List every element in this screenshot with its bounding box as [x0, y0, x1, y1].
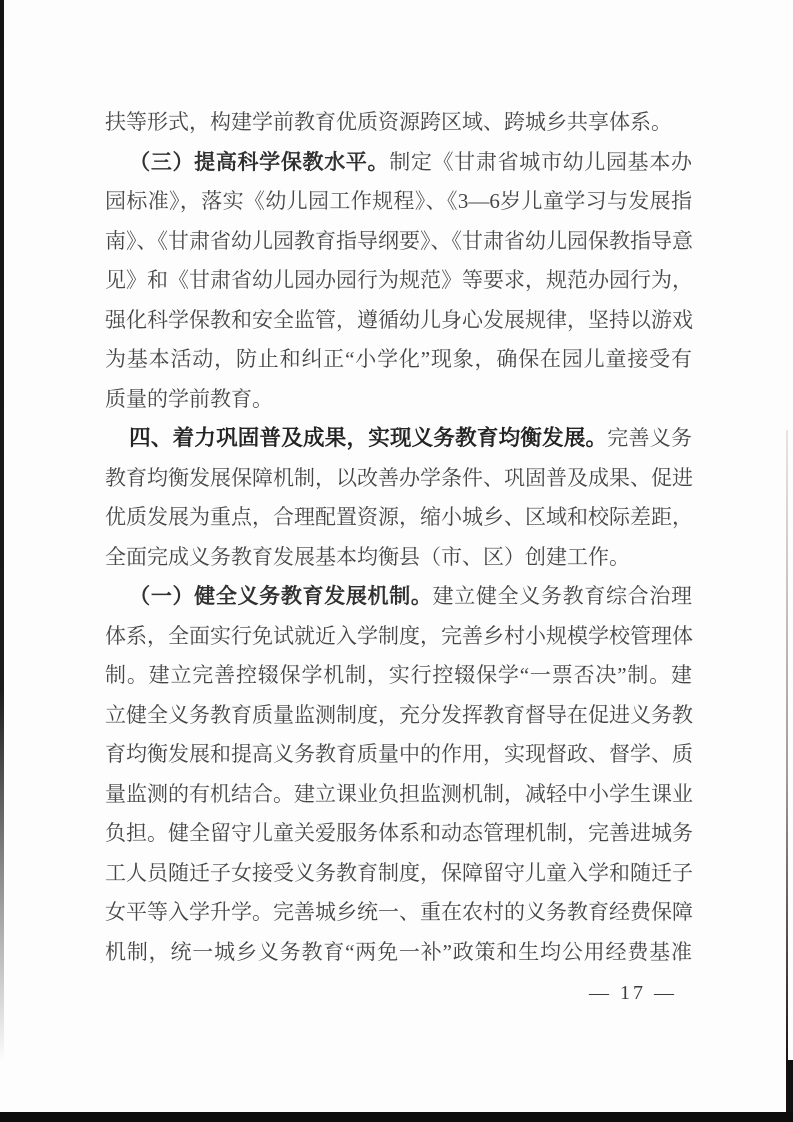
body-text: 体系，全面实行免试就近入学制度，完善乡村小规模学校管理体	[105, 624, 693, 648]
body-text: 工人员随迁子女接受义务教育制度，保障留守儿童入学和随迁子	[105, 861, 693, 885]
text-line: 质量的学前教育。	[105, 380, 692, 420]
body-text: 建立健全义务教育综合治理	[433, 584, 692, 608]
text-line: 立健全义务教育质量监测制度，充分发挥教育督导在促进义务教	[105, 696, 692, 736]
text-line: 教育均衡发展保障机制，以改善办学条件、巩固普及成果、促进	[105, 459, 692, 499]
scanned-document-page: 扶等形式，构建学前教育优质资源跨区域、跨城乡共享体系。（三）提高科学保教水平。制…	[0, 0, 793, 1122]
text-line: 见》和《甘肃省幼儿园办园行为规范》等要求，规范办园行为，	[105, 261, 692, 301]
paragraph: 四、着力巩固普及成果，实现义务教育均衡发展。完善义务教育均衡发展保障机制，以改善…	[105, 419, 692, 577]
body-text: 南》、《甘肃省幼儿园教育指导纲要》、《甘肃省幼儿园保教指导意	[105, 229, 693, 253]
body-text: 优质发展为重点，合理配置资源，缩小城乡、区域和校际差距，	[105, 505, 693, 529]
body-text: 强化科学保教和安全监管，遵循幼儿身心发展规律，坚持以游戏	[105, 308, 693, 332]
text-line: 四、着力巩固普及成果，实现义务教育均衡发展。完善义务	[105, 419, 692, 459]
body-text: 见》和《甘肃省幼儿园办园行为规范》等要求，规范办园行为，	[105, 268, 693, 292]
body-text: 制。建立完善控辍保学机制，实行控辍保学“一票否决”制。建	[105, 663, 692, 687]
scan-edge-left	[0, 0, 4, 1062]
text-line: 机制，统一城乡义务教育“两免一补”政策和生均公用经费基准	[105, 933, 692, 973]
paragraph: （三）提高科学保教水平。制定《甘肃省城市幼儿园基本办园标准》，落实《幼儿园工作规…	[105, 143, 692, 420]
text-line: 优质发展为重点，合理配置资源，缩小城乡、区域和校际差距，	[105, 498, 692, 538]
text-line: 园标准》，落实《幼儿园工作规程》、《3—6岁儿童学习与发展指	[105, 182, 692, 222]
text-line: （三）提高科学保教水平。制定《甘肃省城市幼儿园基本办	[105, 143, 692, 183]
body-text: 扶等形式，构建学前教育优质资源跨区域、跨城乡共享体系。	[105, 110, 672, 134]
body-text: 女平等入学升学。完善城乡统一、重在农村的义务教育经费保障	[105, 900, 693, 924]
text-line: 扶等形式，构建学前教育优质资源跨区域、跨城乡共享体系。	[105, 103, 692, 143]
scan-edge-bottom	[0, 1112, 793, 1122]
body-text: 育均衡发展和提高义务教育质量中的作用，实现督政、督学、质	[105, 742, 693, 766]
text-line: 南》、《甘肃省幼儿园教育指导纲要》、《甘肃省幼儿园保教指导意	[105, 222, 692, 262]
body-text: 量监测的有机结合。建立课业负担监测机制，减轻中小学生课业	[105, 782, 693, 806]
subsection-heading: （一）健全义务教育发展机制。	[129, 584, 432, 608]
text-line: 工人员随迁子女接受义务教育制度，保障留守儿童入学和随迁子	[105, 854, 692, 894]
body-text: 质量的学前教育。	[105, 387, 273, 411]
text-line: 全面完成义务教育发展基本均衡县（市、区）创建工作。	[105, 538, 692, 578]
body-text: 立健全义务教育质量监测制度，充分发挥教育督导在促进义务教	[105, 703, 693, 727]
paragraph: 扶等形式，构建学前教育优质资源跨区域、跨城乡共享体系。	[105, 103, 692, 143]
body-text: 教育均衡发展保障机制，以改善办学条件、巩固普及成果、促进	[105, 466, 693, 490]
page-number: — 17 —	[589, 982, 677, 1005]
text-line: 女平等入学升学。完善城乡统一、重在农村的义务教育经费保障	[105, 893, 692, 933]
body-text: 完善义务	[607, 426, 692, 450]
text-line: 负担。健全留守儿童关爱服务体系和动态管理机制，完善进城务	[105, 814, 692, 854]
text-line: 体系，全面实行免试就近入学制度，完善乡村小规模学校管理体	[105, 617, 692, 657]
text-line: 量监测的有机结合。建立课业负担监测机制，减轻中小学生课业	[105, 775, 692, 815]
body-text: 为基本活动，防止和纠正“小学化”现象，确保在园儿童接受有	[105, 347, 692, 371]
subsection-heading: （三）提高科学保教水平。	[129, 150, 389, 174]
scan-edge-right	[786, 430, 788, 1062]
text-line: 强化科学保教和安全监管，遵循幼儿身心发展规律，坚持以游戏	[105, 301, 692, 341]
section-heading: 四、着力巩固普及成果，实现义务教育均衡发展。	[129, 426, 607, 450]
text-line: 为基本活动，防止和纠正“小学化”现象，确保在园儿童接受有	[105, 340, 692, 380]
paragraph: （一）健全义务教育发展机制。建立健全义务教育综合治理体系，全面实行免试就近入学制…	[105, 577, 692, 972]
text-line: 育均衡发展和提高义务教育质量中的作用，实现督政、督学、质	[105, 735, 692, 775]
body-text: 负担。健全留守儿童关爱服务体系和动态管理机制，完善进城务	[105, 821, 693, 845]
body-text: 机制，统一城乡义务教育“两免一补”政策和生均公用经费基准	[105, 940, 692, 964]
text-line: 制。建立完善控辍保学机制，实行控辍保学“一票否决”制。建	[105, 656, 692, 696]
text-line: （一）健全义务教育发展机制。建立健全义务教育综合治理	[105, 577, 692, 617]
body-text: 园标准》，落实《幼儿园工作规程》、《3—6岁儿童学习与发展指	[105, 189, 692, 213]
body-text: 全面完成义务教育发展基本均衡县（市、区）创建工作。	[105, 545, 630, 569]
document-body: 扶等形式，构建学前教育优质资源跨区域、跨城乡共享体系。（三）提高科学保教水平。制…	[105, 103, 692, 972]
body-text: 制定《甘肃省城市幼儿园基本办	[389, 150, 692, 174]
